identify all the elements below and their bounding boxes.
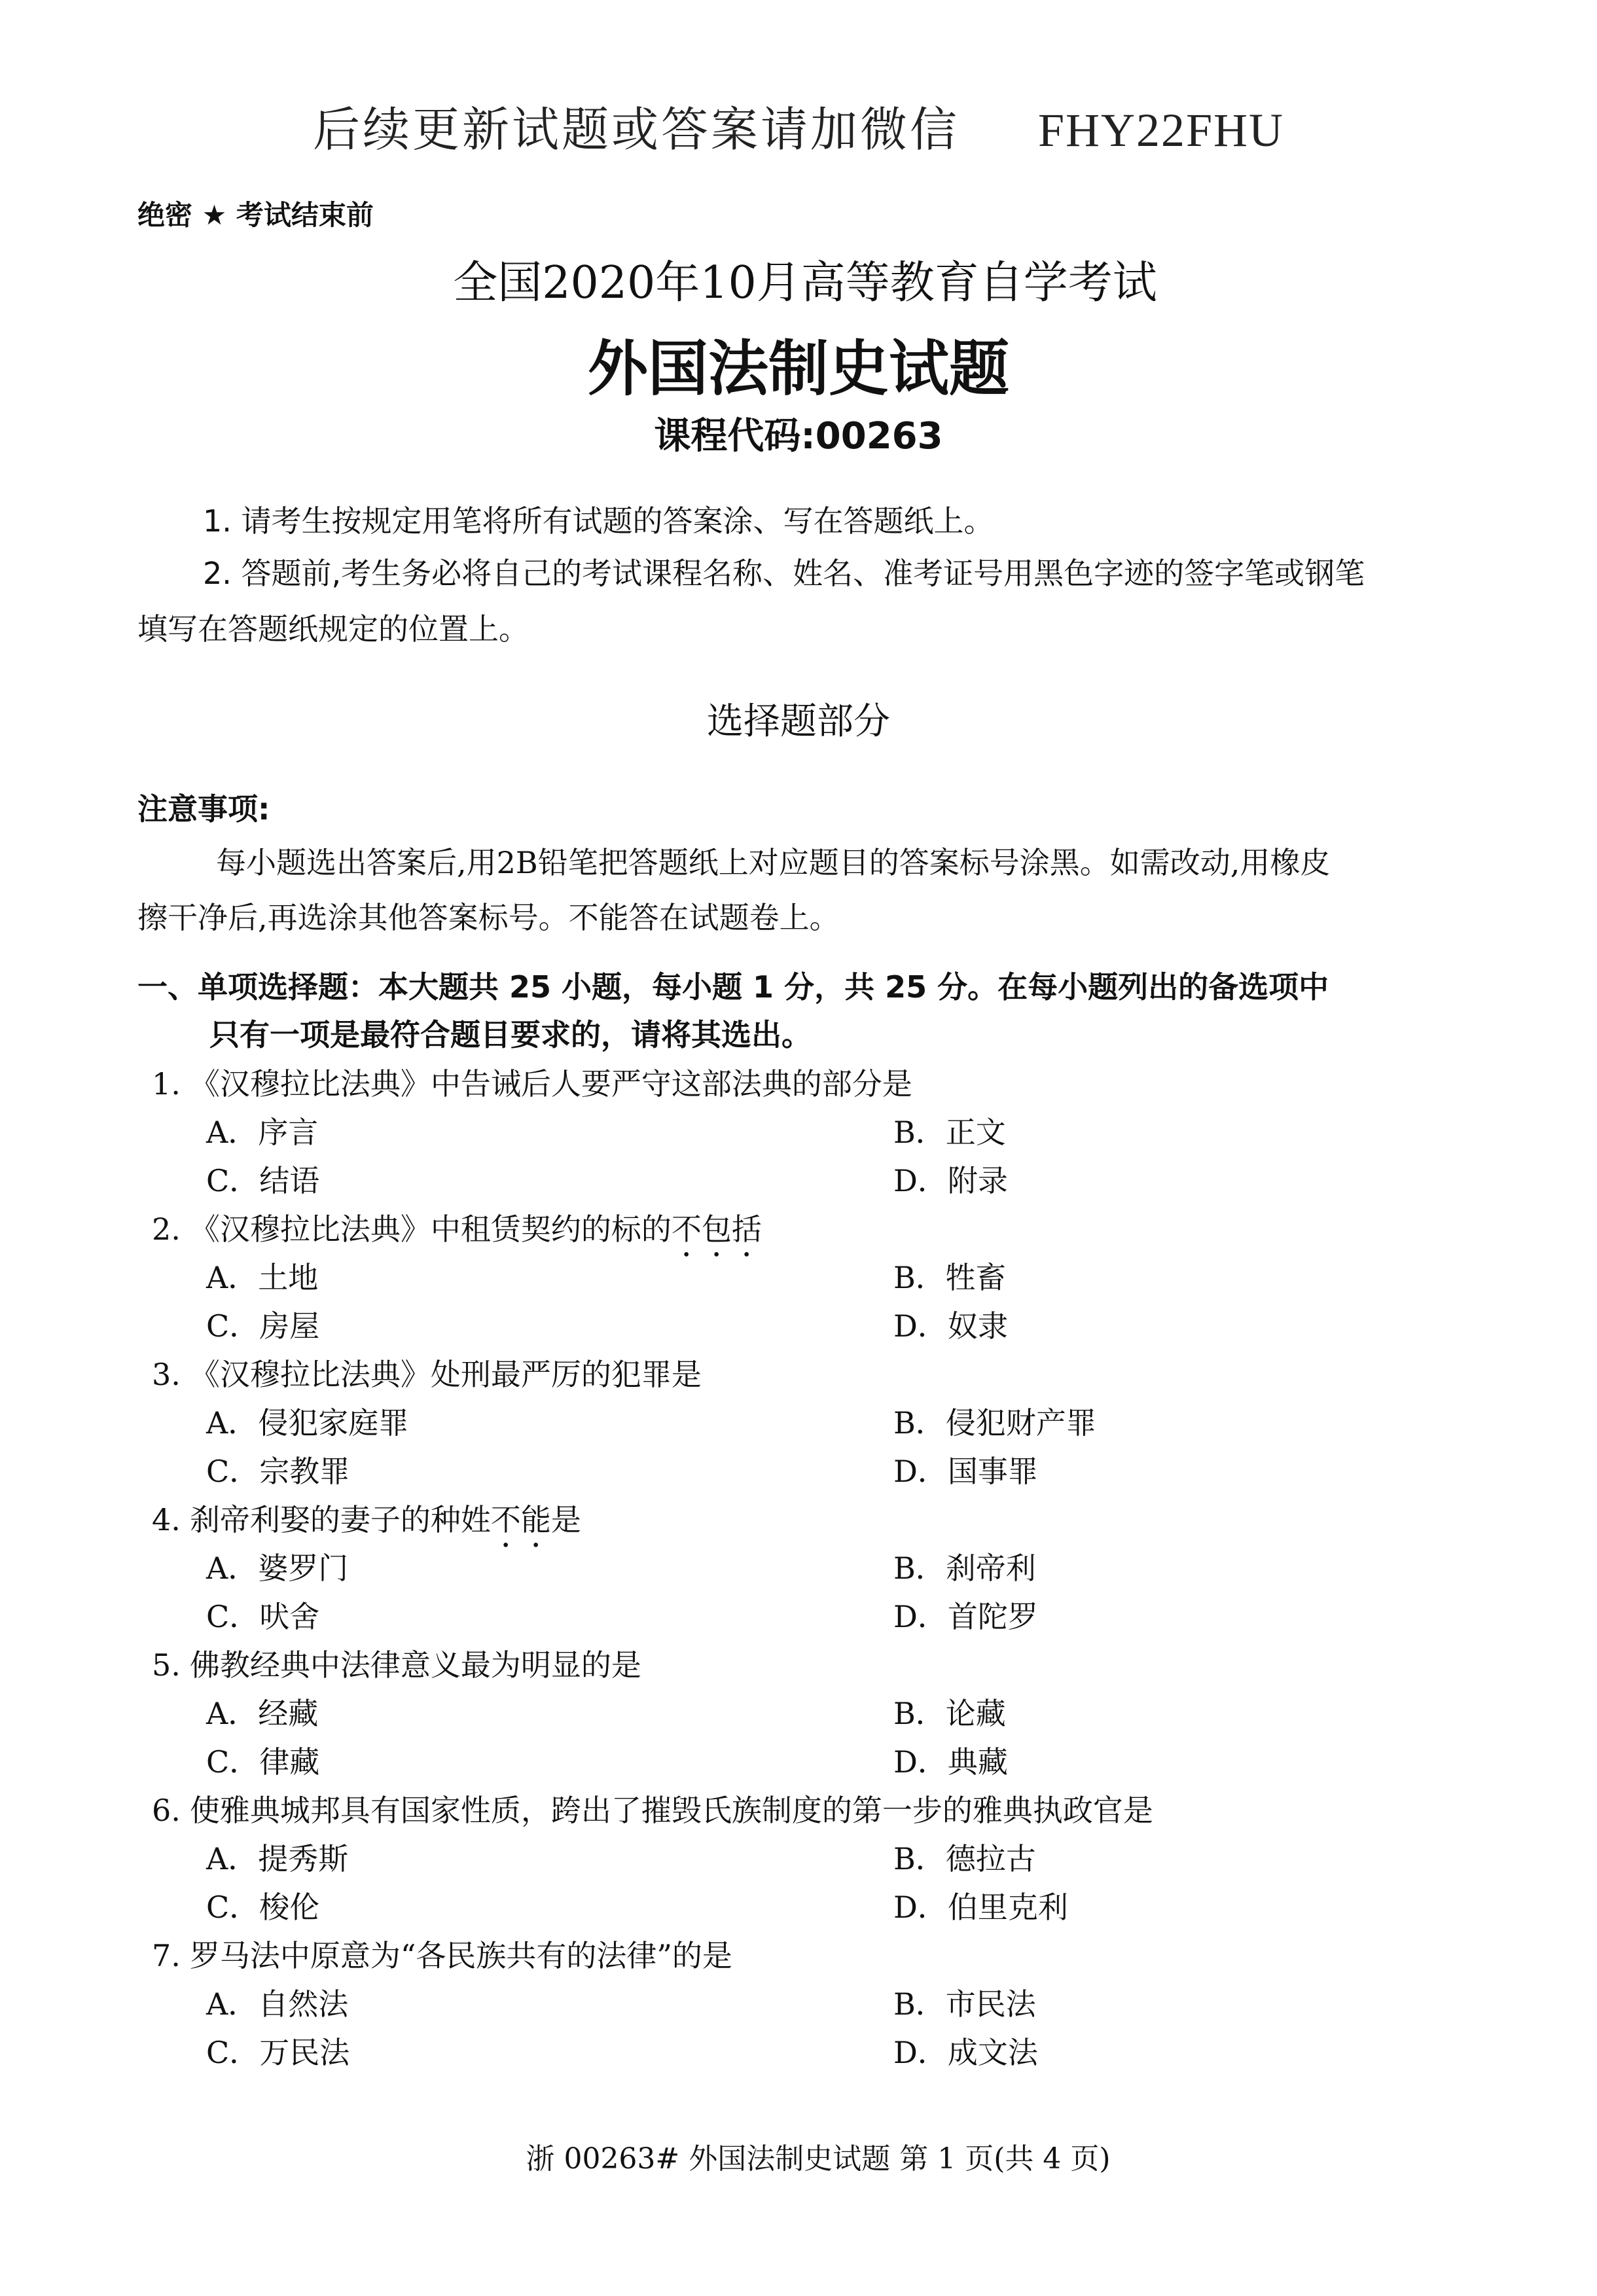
answer-option: C．房屋 bbox=[206, 1302, 319, 1346]
question-stem: 1.《汉穆拉比法典》中告诫后人要严守这部法典的部分是 bbox=[152, 1060, 912, 1103]
answer-option: A．自然法 bbox=[206, 1981, 348, 2024]
answer-option: A．提秀斯 bbox=[206, 1835, 348, 1878]
question-text: 刹帝利娶的妻子的种姓 bbox=[190, 1502, 491, 1537]
answer-option: B．德拉古 bbox=[893, 1835, 1036, 1878]
question-number: 4. bbox=[152, 1502, 181, 1537]
answer-option: A．经藏 bbox=[206, 1690, 318, 1733]
question-number: 5. bbox=[152, 1647, 181, 1683]
subject-title: 外国法制史试题 bbox=[0, 321, 1597, 407]
instruction-1: 1. 请考生按规定用笔将所有试题的答案涂、写在答题纸上。 bbox=[203, 497, 994, 541]
question-stem: 6.使雅典城邦具有国家性质，跨出了摧毁氏族制度的第一步的雅典执政官是 bbox=[152, 1787, 1153, 1830]
answer-option: D．成文法 bbox=[893, 2029, 1038, 2072]
question-text: 罗马法中原意为“各民族共有的法律”的是 bbox=[190, 1938, 732, 1973]
answer-option: C．梭伦 bbox=[206, 1884, 319, 1927]
secret-label: 绝密 ★ 考试结束前 bbox=[137, 194, 374, 233]
section-heading-cont: 只有一项是最符合题目要求的，请将其选出。 bbox=[209, 1011, 812, 1054]
answer-option: B．牲畜 bbox=[893, 1254, 1006, 1297]
answer-option: C．万民法 bbox=[206, 2029, 350, 2072]
answer-option: D．国事罪 bbox=[893, 1448, 1038, 1491]
answer-option: B．论藏 bbox=[893, 1690, 1006, 1733]
answer-option: A．侵犯家庭罪 bbox=[206, 1399, 408, 1443]
exam-title: 全国2020年10月高等教育自学考试 bbox=[0, 247, 1597, 311]
answer-option: D．奴隶 bbox=[893, 1302, 1008, 1346]
answer-option: D．伯里克利 bbox=[893, 1884, 1068, 1927]
instruction-2-cont: 填写在答题纸规定的位置上。 bbox=[137, 605, 529, 649]
notes-line-2: 擦干净后,再选涂其他答案标号。不能答在试题卷上。 bbox=[137, 894, 840, 937]
part-title: 选择题部分 bbox=[0, 692, 1597, 745]
emphasized-text: 不能 bbox=[491, 1502, 551, 1537]
question-stem: 3.《汉穆拉比法典》处刑最严厉的犯罪是 bbox=[152, 1351, 702, 1394]
watermark-text: 后续更新试题或答案请加微信 bbox=[313, 102, 960, 157]
answer-option: D．附录 bbox=[893, 1157, 1008, 1200]
emphasized-text: 不包括 bbox=[672, 1211, 762, 1247]
notes-line-1: 每小题选出答案后,用2B铅笔把答题纸上对应题目的答案标号涂黑。如需改动,用橡皮 bbox=[216, 839, 1330, 882]
question-text: 佛教经典中法律意义最为明显的是 bbox=[190, 1647, 641, 1683]
answer-option: D．首陀罗 bbox=[893, 1593, 1038, 1636]
answer-option: A．婆罗门 bbox=[206, 1545, 348, 1588]
answer-option: C．宗教罪 bbox=[206, 1448, 350, 1491]
question-text: 使雅典城邦具有国家性质，跨出了摧毁氏族制度的第一步的雅典执政官是 bbox=[190, 1793, 1153, 1828]
answer-option: B．刹帝利 bbox=[893, 1545, 1036, 1588]
answer-option: D．典藏 bbox=[893, 1738, 1008, 1782]
watermark-banner: 后续更新试题或答案请加微信FHY22FHU bbox=[0, 92, 1597, 160]
question-number: 1. bbox=[152, 1066, 181, 1102]
question-text: 《汉穆拉比法典》中租赁契约的标的 bbox=[190, 1211, 672, 1247]
answer-option: C．结语 bbox=[206, 1157, 319, 1200]
question-stem: 7.罗马法中原意为“各民族共有的法律”的是 bbox=[152, 1932, 732, 1975]
question-number: 7. bbox=[152, 1938, 181, 1973]
answer-option: B．侵犯财产罪 bbox=[893, 1399, 1096, 1443]
notes-heading: 注意事项: bbox=[137, 785, 270, 829]
section-heading: 一、单项选择题：本大题共 25 小题，每小题 1 分，共 25 分。在每小题列出… bbox=[137, 963, 1329, 1007]
question-number: 3. bbox=[152, 1357, 181, 1392]
course-code: 课程代码:00263 bbox=[0, 407, 1597, 459]
answer-option: C．律藏 bbox=[206, 1738, 319, 1782]
question-stem: 5.佛教经典中法律意义最为明显的是 bbox=[152, 1641, 641, 1685]
question-text-tail: 是 bbox=[551, 1502, 581, 1537]
question-number: 2. bbox=[152, 1211, 181, 1247]
page-footer: 浙 00263# 外国法制史试题 第 1 页(共 4 页) bbox=[0, 2135, 1597, 2177]
instruction-2: 2. 答题前,考生务必将自己的考试课程名称、姓名、准考证号用黑色字迹的签字笔或钢… bbox=[203, 550, 1365, 593]
answer-option: A．土地 bbox=[206, 1254, 318, 1297]
answer-option: B．正文 bbox=[893, 1109, 1006, 1152]
answer-option: A．序言 bbox=[206, 1109, 318, 1152]
question-number: 6. bbox=[152, 1793, 181, 1828]
watermark-code: FHY22FHU bbox=[1038, 104, 1284, 156]
answer-option: C．吠舍 bbox=[206, 1593, 319, 1636]
question-text: 《汉穆拉比法典》中告诫后人要严守这部法典的部分是 bbox=[190, 1066, 912, 1102]
question-text: 《汉穆拉比法典》处刑最严厉的犯罪是 bbox=[190, 1357, 702, 1392]
answer-option: B．市民法 bbox=[893, 1981, 1036, 2024]
